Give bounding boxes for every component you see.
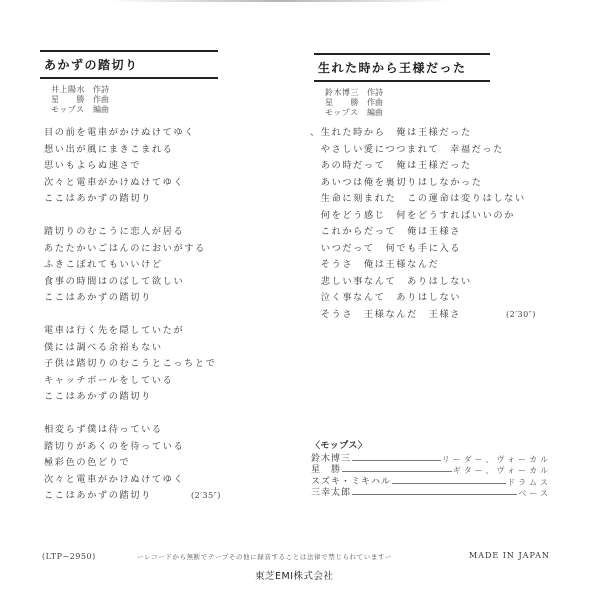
- lyric-line: 目の前を電車がかけぬけてゆく: [44, 125, 218, 142]
- lyric-line: いつだって 何でも手に入る: [310, 241, 490, 258]
- song-title: 生れた時から王様だった: [318, 59, 490, 76]
- credit-name: 星 勝: [325, 98, 367, 108]
- lyric-line: あいつは俺を裏切りはしなかった: [310, 175, 490, 192]
- lyric-line: 何をどう感じ 何をどうすればいいのか: [310, 208, 490, 225]
- song-title-box: あかずの踏切り: [40, 50, 218, 79]
- song-umareta-toki-kara: 生れた時から王様だった 鈴木博三 作詩 星 勝 作曲 モップス 編曲 、生れた時…: [314, 53, 490, 323]
- song-title-box: 生れた時から王様だった: [314, 53, 490, 82]
- song-title: あかずの踏切り: [44, 56, 218, 73]
- member-row: スズキ・ミキハル ドラムス: [311, 477, 551, 489]
- credit-name: 井上陽水: [51, 85, 93, 95]
- member-name: 鈴木博三: [311, 454, 351, 466]
- lyric-line: やさしい愛につつまれて 幸福だった: [310, 142, 490, 159]
- credit-role: 編曲: [93, 105, 109, 115]
- credit-music: 星 勝 作曲: [51, 95, 218, 105]
- credit-arrangement: モップス 編曲: [51, 105, 218, 115]
- lyric-line: 電車は行く先を隠していたが: [44, 323, 218, 340]
- stanza-2: 踏切りのむこうに恋人が居る あたたかいごはんのにおいがする ふきこぼれてもいいけ…: [44, 224, 218, 307]
- lyric-line: あたたかいごはんのにおいがする: [44, 241, 218, 258]
- lyric-line: キャッチボールをしている: [44, 373, 218, 390]
- lyric-line: 食事の時間はのばして欲しい: [44, 274, 218, 291]
- song-akazu-no-fumikiri: あかずの踏切り 井上陽水 作詩 星 勝 作曲 モップス 編曲 目の前を電車がかけ…: [40, 50, 218, 505]
- song-lyrics: 目の前を電車がかけぬけてゆく 想い出が風にまきこまれる 思いもよらぬ速さで 次々…: [44, 125, 218, 505]
- credit-arrangement: モップス 編曲: [325, 108, 490, 118]
- credit-lyrics: 井上陽水 作詩: [51, 85, 218, 95]
- credit-role: 作詩: [93, 85, 109, 95]
- song-duration: (2′30″): [506, 307, 536, 324]
- lyric-line-last: ここはあかずの踏切り (2′35″): [44, 488, 218, 505]
- leader-line: [352, 494, 517, 495]
- lyric-line: そうさ 俺は王様なんだ: [310, 257, 490, 274]
- lyric-line: 生命に刻まれた この運命は変りはしない: [310, 191, 490, 208]
- member-role: ギター、ヴォーカル: [453, 465, 551, 477]
- made-in-japan: MADE IN JAPAN: [469, 551, 550, 560]
- member-name: 三幸太郎: [311, 488, 351, 500]
- song-credits: 鈴木博三 作詩 星 勝 作曲 モップス 編曲: [325, 88, 490, 118]
- song-lyrics: 、生れた時から 俺は王様だった やさしい愛につつまれて 幸福だった あの時だって…: [310, 125, 490, 323]
- lyric-text: ここはあかずの踏切り: [44, 490, 152, 501]
- lyric-line: 、生れた時から 俺は王様だった: [310, 125, 490, 142]
- lyric-line: 思いもよらぬ速さで: [44, 158, 218, 175]
- lyric-line: 泣く事なんて ありはしない: [310, 290, 490, 307]
- lyric-line: 子供は踏切りのむこうとこっちとで: [44, 356, 218, 373]
- lyric-text: そうさ 王様なんだ 王様さ: [310, 309, 461, 320]
- lyric-line: 次々と電車がかけぬけてゆく: [44, 472, 218, 489]
- credit-lyrics: 鈴木博三 作詩: [325, 88, 490, 98]
- credit-name: モップス: [51, 105, 93, 115]
- catalog-number: (LTP−2950): [42, 552, 96, 561]
- lyric-line: ふきこぼれてもいいけど: [44, 257, 218, 274]
- lyric-line: ここはあかずの踏切り: [44, 290, 218, 307]
- company-name: 東芝EMI株式会社: [255, 568, 334, 582]
- song-credits: 井上陽水 作詩 星 勝 作曲 モップス 編曲: [51, 85, 218, 115]
- lyric-line: 踏切りがあくのを待っている: [44, 439, 218, 456]
- stanza-1: 目の前を電車がかけぬけてゆく 想い出が風にまきこまれる 思いもよらぬ速さで 次々…: [44, 125, 218, 208]
- credit-name: 鈴木博三: [325, 88, 367, 98]
- lyric-line: ここはあかずの踏切り: [44, 389, 218, 406]
- lyric-line: ここはあかずの踏切り: [44, 191, 218, 208]
- credit-role: 作曲: [93, 95, 109, 105]
- band-members: 〈モップス〉 鈴木博三 リーダー、ヴォーカル 星 勝 ギター、ヴォーカル スズキ…: [311, 441, 551, 500]
- lyric-line: 悲しい事なんて ありはしない: [310, 274, 490, 291]
- credit-role: 編曲: [367, 108, 383, 118]
- member-name: スズキ・ミキハル: [311, 477, 391, 489]
- page-edge-shadow: [110, 0, 450, 2]
- stanza-4: 相変らず僕は待っている 踏切りがあくのを待っている 極彩色の色どりで 次々と電車…: [44, 422, 218, 505]
- lyric-line: これからだって 俺は王様さ: [310, 224, 490, 241]
- member-role: ベース: [518, 488, 551, 500]
- song-duration: (2′35″): [191, 488, 221, 505]
- lyric-line: 相変らず僕は待っている: [44, 422, 218, 439]
- lyric-line: 踏切りのむこうに恋人が居る: [44, 224, 218, 241]
- members-heading: 〈モップス〉: [311, 441, 551, 453]
- member-row: 三幸太郎 ベース: [311, 488, 551, 500]
- credit-name: モップス: [325, 108, 367, 118]
- leader-line: [352, 460, 441, 461]
- credit-music: 星 勝 作曲: [325, 98, 490, 108]
- credit-name: 星 勝: [51, 95, 93, 105]
- leader-line: [342, 471, 452, 472]
- stanza-3: 電車は行く先を隠していたが 僕には調べる余裕もない 子供は踏切りのむこうとこっち…: [44, 323, 218, 406]
- credit-role: 作詩: [367, 88, 383, 98]
- lyric-line: 僕には調べる余裕もない: [44, 340, 218, 357]
- lyric-line: 極彩色の色どりで: [44, 455, 218, 472]
- lyric-line: 次々と電車がかけぬけてゆく: [44, 175, 218, 192]
- stanza-1: 、生れた時から 俺は王様だった やさしい愛につつまれて 幸福だった あの時だって…: [310, 125, 490, 323]
- lyric-line-last: そうさ 王様なんだ 王様さ (2′30″): [310, 307, 490, 324]
- lyric-line: あの時だって 俺は王様だった: [310, 158, 490, 175]
- leader-line: [392, 483, 506, 484]
- credit-role: 作曲: [367, 98, 383, 108]
- member-role: リーダー、ヴォーカル: [442, 454, 551, 466]
- member-role: ドラムス: [507, 477, 551, 489]
- member-row: 星 勝 ギター、ヴォーカル: [311, 465, 551, 477]
- copyright-notice: ーレコードから無断でテープその他に録音することは法律で禁じられていますー: [137, 552, 392, 561]
- member-name: 星 勝: [311, 465, 341, 477]
- member-row: 鈴木博三 リーダー、ヴォーカル: [311, 454, 551, 466]
- lyric-line: 想い出が風にまきこまれる: [44, 142, 218, 159]
